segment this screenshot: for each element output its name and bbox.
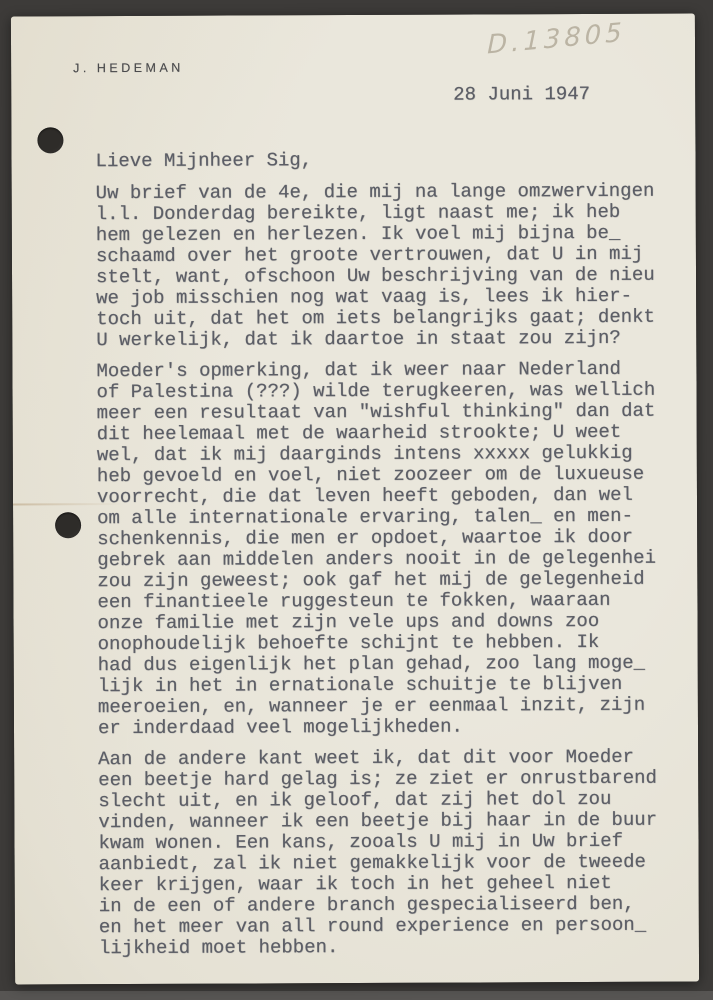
letter-paragraph-1: Uw brief van de 4e, die mij na lange omz… bbox=[96, 181, 687, 352]
letter-paper: D.13805 J. HEDEMAN 28 Juni 1947 Lieve Mi… bbox=[11, 14, 699, 985]
letter-paragraph-2: Moeder's opmerking, dat ik weer naar Ned… bbox=[96, 359, 688, 740]
letter-body: Uw brief van de 4e, die mij na lange omz… bbox=[96, 181, 689, 970]
punch-hole-top bbox=[37, 127, 63, 153]
pencil-archive-number: D.13805 bbox=[487, 18, 626, 61]
scanner-bed-edge bbox=[0, 991, 713, 1000]
letter-salutation: Lieve Mijnheer Sig, bbox=[95, 149, 312, 172]
letter-date: 28 Juni 1947 bbox=[453, 83, 590, 106]
letterhead-name: J. HEDEMAN bbox=[73, 61, 184, 75]
letter-paragraph-3: Aan de andere kant weet ik, dat dit voor… bbox=[98, 747, 689, 960]
scan-background: { "document": { "archive_annotation": "D… bbox=[0, 0, 713, 1000]
punch-hole-middle bbox=[55, 512, 81, 538]
